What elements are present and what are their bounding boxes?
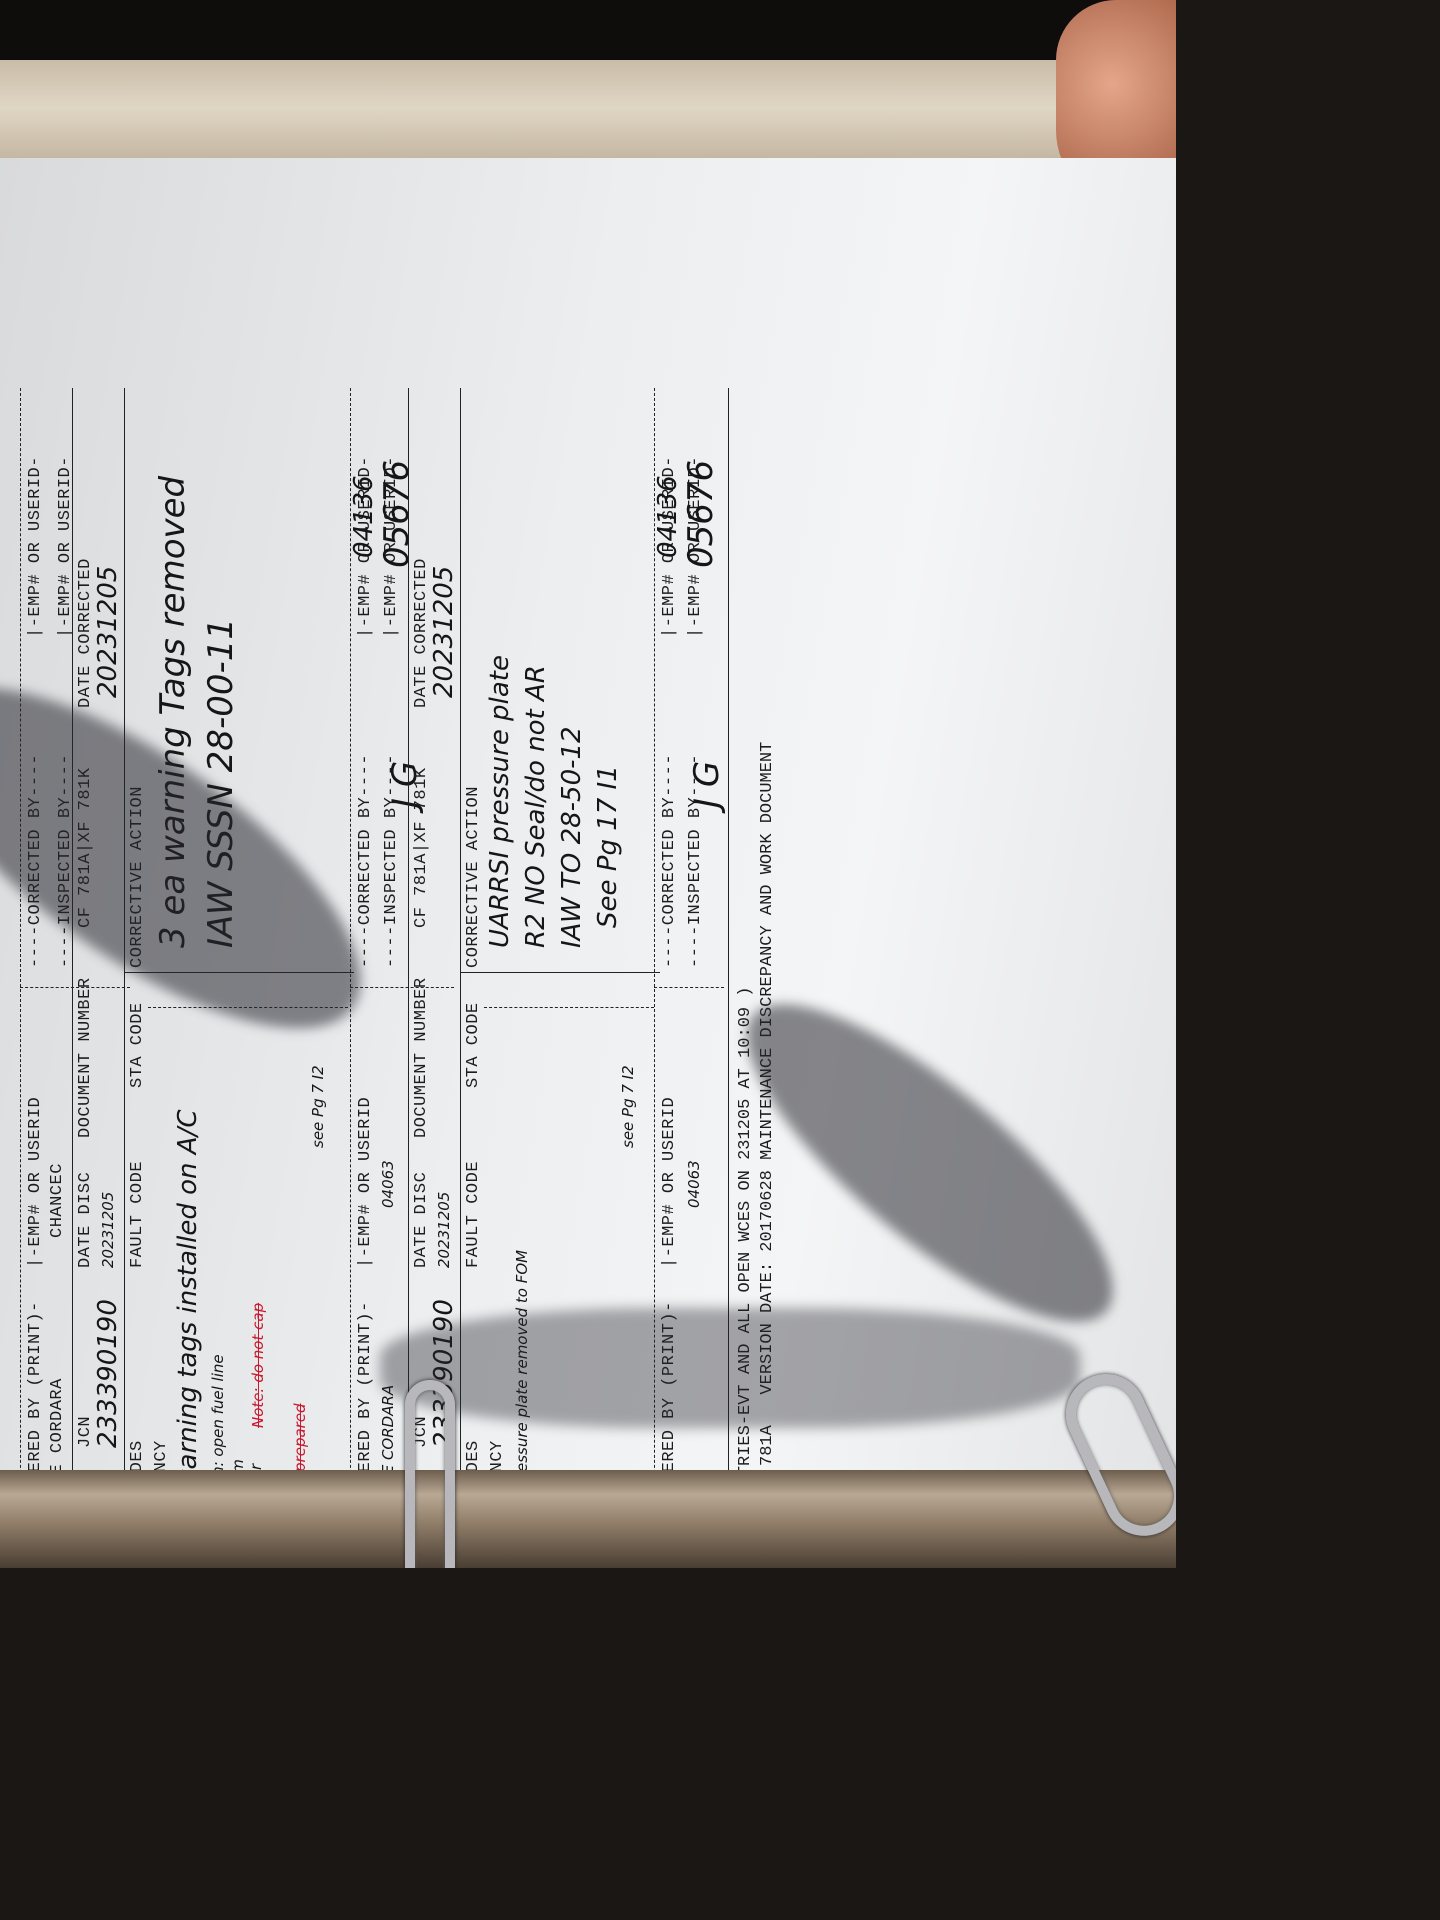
date-disc-label: DATE DISC bbox=[76, 1172, 96, 1268]
corrective-action-line: IAW TO 28-50-12 bbox=[558, 726, 588, 948]
discovered-userid: 04063 bbox=[686, 1160, 703, 1208]
corrected-emp-value: 04136 bbox=[350, 475, 380, 558]
corrected-emp-value: 04136 bbox=[654, 475, 684, 558]
corrective-action-line: IAW SSSN 28-00-11 bbox=[202, 618, 241, 948]
cf-xf-label: CF 781A|XF 781K bbox=[412, 767, 432, 928]
red-note: Note: do not cap bbox=[250, 1303, 267, 1428]
footer-line-2: AFTO FORM 781A VERSION DATE: 20170628 MA… bbox=[758, 742, 778, 1568]
sta-code-label: STA CODE bbox=[128, 1002, 148, 1088]
date-corrected-value: 20231205 bbox=[430, 566, 460, 698]
date-corrected-value: 20231205 bbox=[94, 566, 124, 698]
date-disc-value: 20231205 bbox=[436, 1192, 453, 1268]
discovered-emp-label: |-EMP# OR USERID bbox=[356, 1097, 376, 1268]
corrective-action-line: UARRSI pressure plate bbox=[486, 655, 516, 948]
discovered-emp-label: |-EMP# OR USERID bbox=[660, 1097, 680, 1268]
see-ref: see Pg 7 I2 bbox=[620, 1065, 637, 1148]
inspected-emp-value: 05676 bbox=[378, 460, 417, 568]
corrected-by-label: ----CORRECTED BY---- bbox=[660, 754, 680, 968]
afto-form-781a: --DISCOVERED BY (PRINT)- CHANCE CORDARA … bbox=[20, 388, 960, 1568]
corrected-by-label: ----CORRECTED BY---- bbox=[26, 754, 46, 968]
corrective-action-line: R2 NO Seal/do not AR bbox=[522, 665, 552, 948]
corrective-action-label: CORRECTIVE ACTION bbox=[128, 786, 148, 968]
fault-code-label: FAULT CODE bbox=[128, 1161, 148, 1268]
see-ref: see Pg 7 I2 bbox=[310, 1065, 327, 1148]
corrective-action-line: See Pg 17 I1 bbox=[594, 765, 624, 928]
corrected-by-label: ----CORRECTED BY---- bbox=[356, 754, 376, 968]
form-page: --DISCOVERED BY (PRINT)- CHANCE CORDARA … bbox=[0, 158, 1176, 1488]
corrected-emp-label: |-EMP# OR USERID- bbox=[26, 456, 46, 638]
document-number-label: DOCUMENT NUMBER bbox=[76, 977, 96, 1138]
date-disc-label: DATE DISC bbox=[412, 1172, 432, 1268]
inspected-emp-value: 05676 bbox=[682, 460, 721, 568]
discovered-userid: 04063 bbox=[380, 1160, 397, 1208]
document-number-label: DOCUMENT NUMBER bbox=[412, 977, 432, 1138]
fault-code-label: FAULT CODE bbox=[464, 1161, 484, 1268]
sta-code-label: STA CODE bbox=[464, 1002, 484, 1088]
corrective-action-line: 3 ea warning Tags removed bbox=[154, 476, 193, 948]
cf-xf-label: CF 781A|XF 781K bbox=[76, 767, 96, 928]
discovered-emp-label: |-EMP# OR USERID bbox=[26, 1097, 46, 1268]
jcn-value: 233390190 bbox=[94, 1299, 124, 1448]
date-disc-value: 20231205 bbox=[100, 1192, 117, 1268]
discovered-userid: CHANCEC bbox=[48, 1163, 68, 1238]
inspector-signature: J G bbox=[688, 761, 727, 808]
corrective-action-label: CORRECTIVE ACTION bbox=[464, 786, 484, 968]
binder-spine bbox=[0, 1470, 1176, 1568]
binder-ring bbox=[405, 1380, 455, 1568]
